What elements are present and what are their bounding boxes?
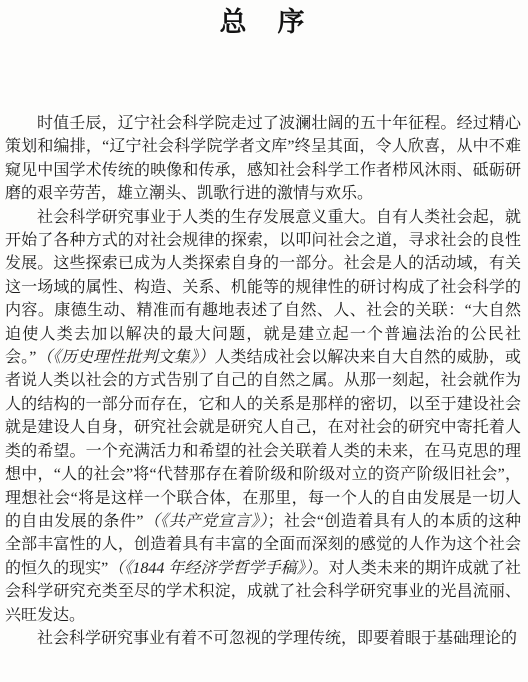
document-page: 总 序 时值壬辰，辽宁社会科学院走过了波澜壮阔的五十年征程。经过精心策划和编排，… xyxy=(0,0,528,682)
text-run: 社会科学研究事业于人类的生存发展意义重大。自有人类社会起，就开始了各种方式的对社… xyxy=(5,209,521,366)
page-title: 总 序 xyxy=(5,4,521,39)
paragraph: 时值壬辰，辽宁社会科学院走过了波澜壮阔的五十年征程。经过精心策划和编排，“辽宁社… xyxy=(5,112,521,206)
citation-run: （《历史理性批判文集》） xyxy=(36,349,214,366)
document-body: 时值壬辰，辽宁社会科学院走过了波澜壮阔的五十年征程。经过精心策划和编排，“辽宁社… xyxy=(5,112,521,650)
text-run: 社会科学研究事业有着不可忽视的学理传统，即要着眼于基础理论的 xyxy=(37,630,517,647)
paragraph: 社会科学研究事业于人类的生存发展意义重大。自有人类社会起，就开始了各种方式的对社… xyxy=(5,206,521,627)
citation-run: （《共产党宣言》） xyxy=(143,513,267,530)
citation-run: （《1844 年经济学哲学手稿》） xyxy=(108,560,312,577)
text-run: 时值壬辰，辽宁社会科学院走过了波澜壮阔的五十年征程。经过精心策划和编排，“辽宁社… xyxy=(5,115,521,202)
paragraph: 社会科学研究事业有着不可忽视的学理传统，即要着眼于基础理论的 xyxy=(5,627,521,650)
text-run: 人类结成社会以解决来自大自然的威胁，或者说人类以社会的方式告别了自己的自然之属。… xyxy=(5,349,521,530)
